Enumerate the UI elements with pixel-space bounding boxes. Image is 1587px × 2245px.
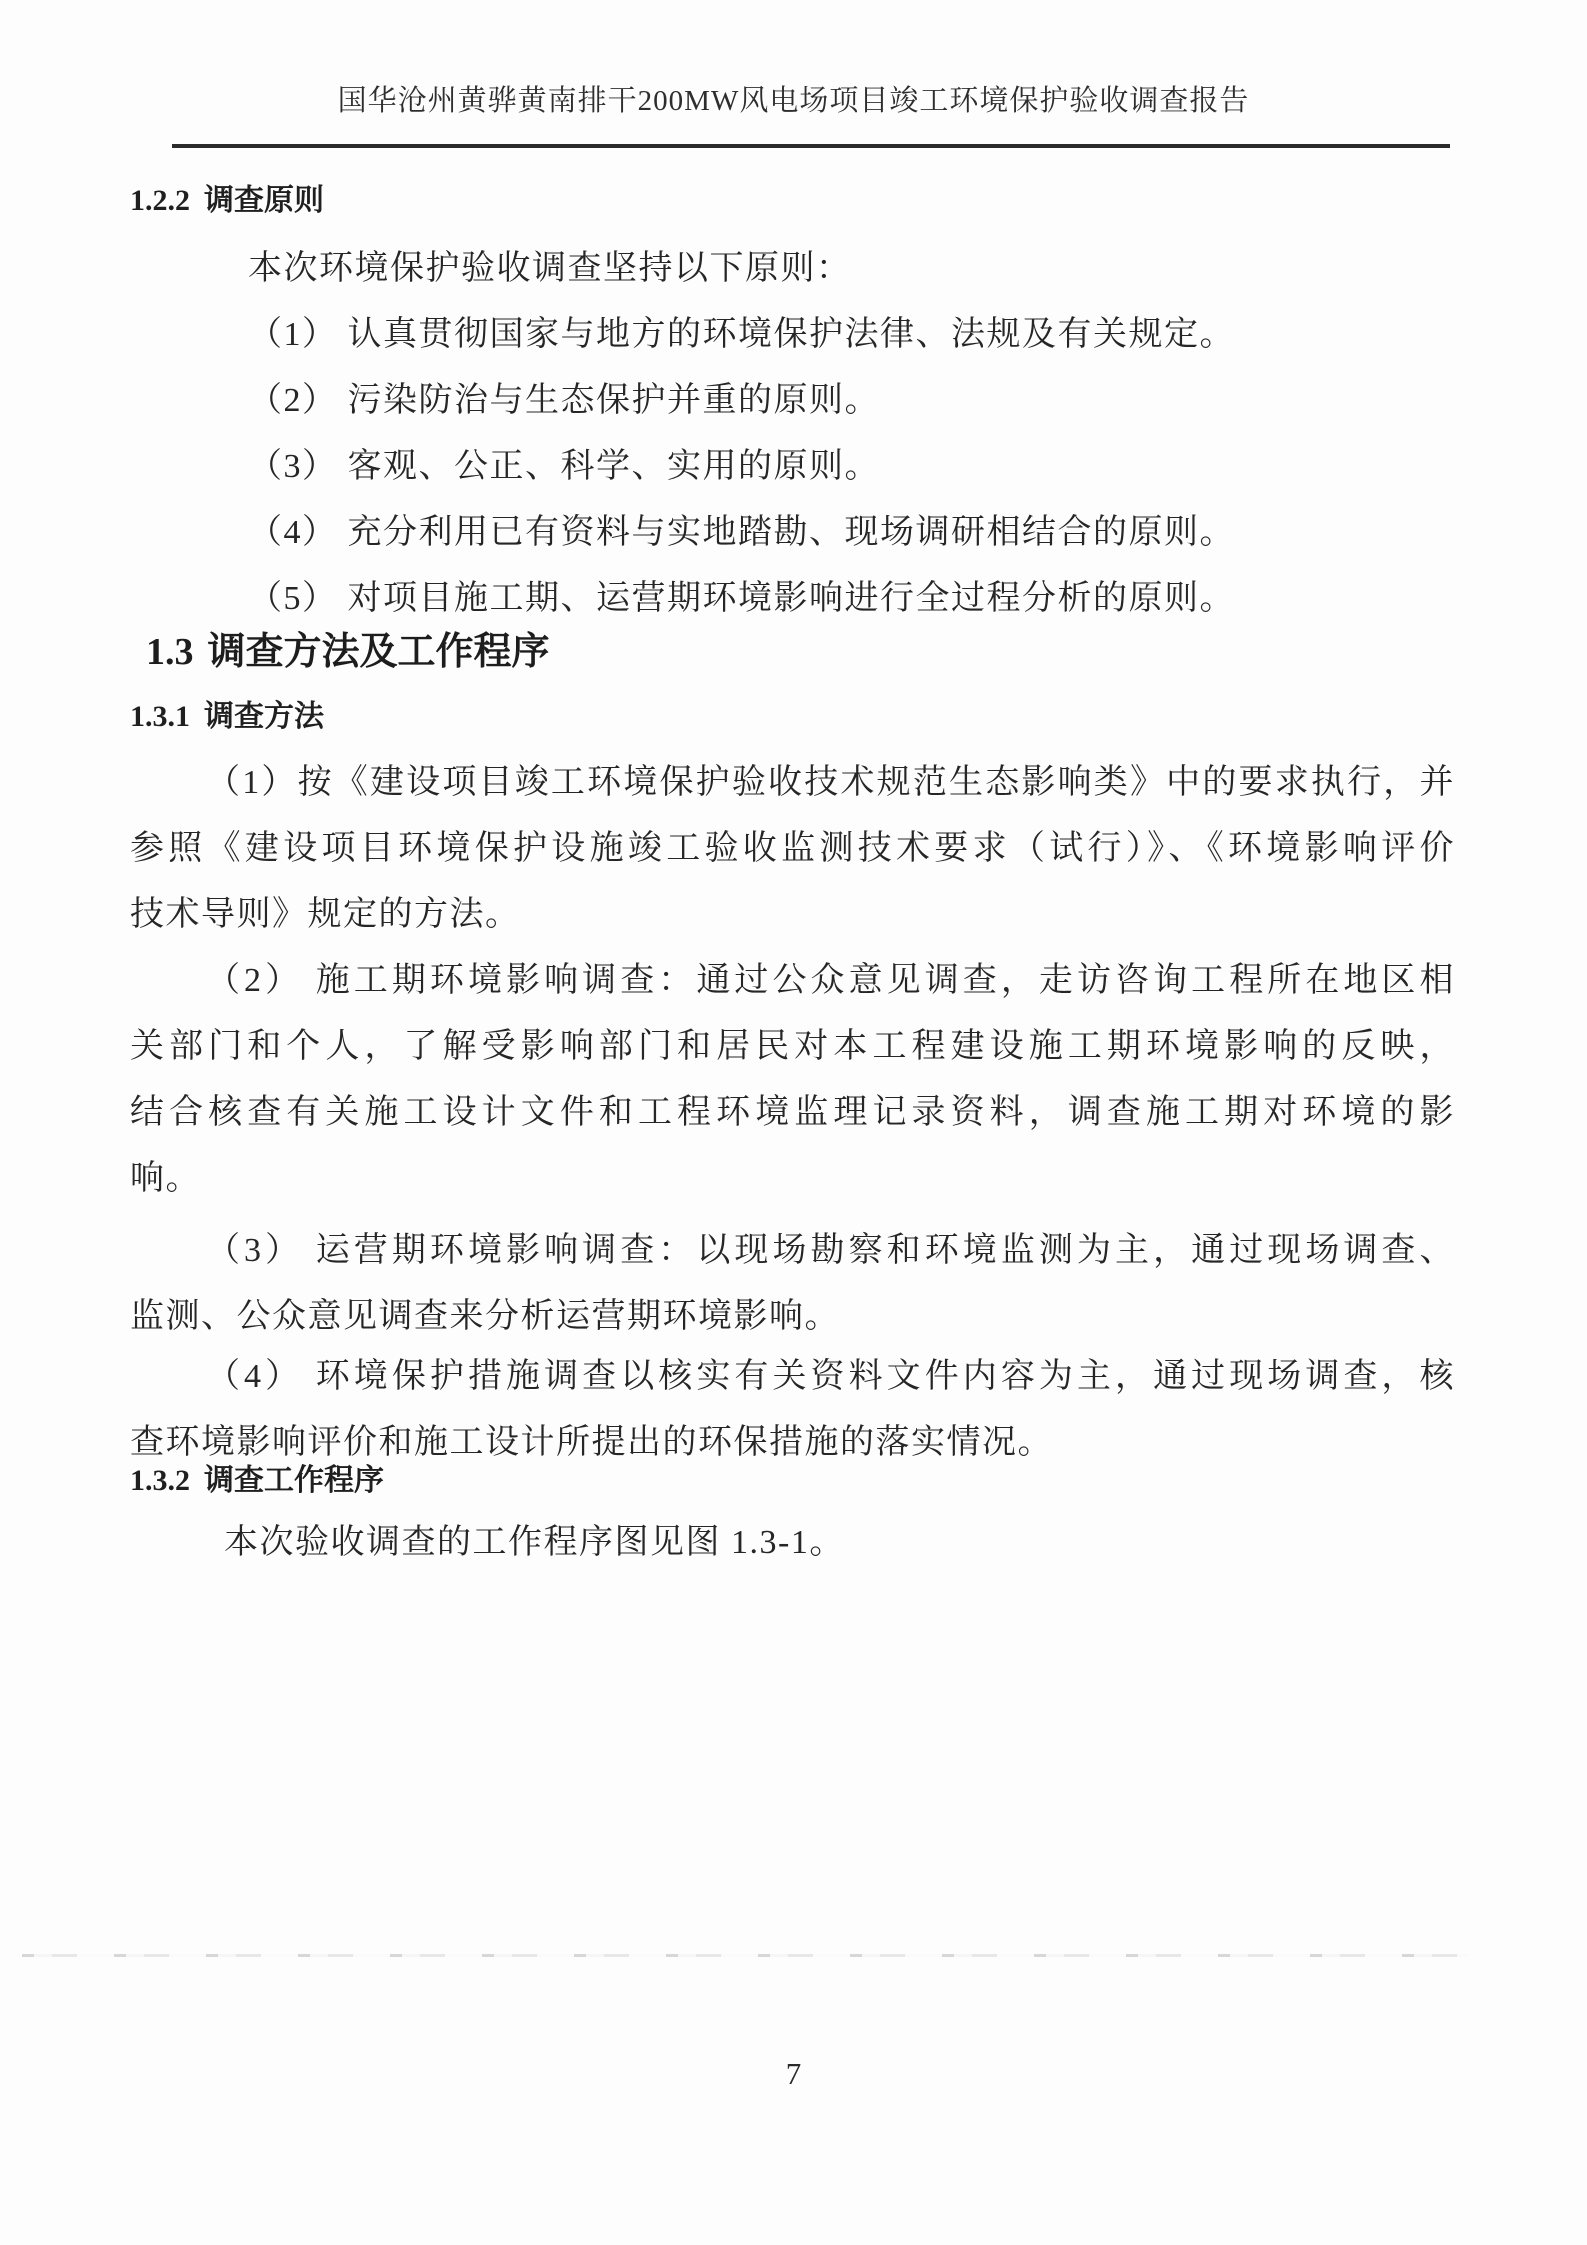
principle-item: （2） 污染防治与生态保护并重的原则。 xyxy=(130,368,1455,434)
section-number: 1.3.2 xyxy=(130,1464,190,1497)
paragraph-line: 关部门和个人，了解受影响部门和居民对本工程建设施工期环境影响的反映， xyxy=(130,1014,1455,1080)
principle-item: （3） 客观、公正、科学、实用的原则。 xyxy=(130,434,1455,500)
method-paragraph-1: （1）按《建设项目竣工环境保护验收技术规范生态影响类》中的要求执行，并 参照《建… xyxy=(130,750,1455,948)
method-paragraph-3: （3） 运营期环境影响调查：以现场勘察和环境监测为主，通过现场调查、 监测、公众… xyxy=(130,1218,1455,1350)
section-heading-1-3-1: 1.3.1调查方法 xyxy=(130,696,1455,738)
section-title: 调查方法 xyxy=(204,700,324,733)
page-number: 7 xyxy=(0,2056,1587,2092)
report-header-title: 国华沧州黄骅黄南排干200MW风电场项目竣工环境保护验收调查报告 xyxy=(0,0,1587,118)
paragraph-line: 监测、公众意见调查来分析运营期环境影响。 xyxy=(130,1284,1455,1350)
paragraph-line: 参照《建设项目环境保护设施竣工验收监测技术要求（试行）》、《环境影响评价 xyxy=(130,816,1455,882)
section-number: 1.3 xyxy=(146,631,194,673)
section-title: 调查方法及工作程序 xyxy=(208,631,550,673)
scan-artifact-line xyxy=(22,1954,1470,1957)
principle-item: （5） 对项目施工期、运营期环境影响进行全过程分析的原则。 xyxy=(130,566,1455,632)
section-title: 调查工作程序 xyxy=(204,1464,384,1497)
document-page: 国华沧州黄骅黄南排干200MW风电场项目竣工环境保护验收调查报告 1.2.2调查… xyxy=(0,0,1587,2245)
section-number: 1.2.2 xyxy=(130,184,190,217)
paragraph-line: 技术导则》规定的方法。 xyxy=(130,882,1455,948)
method-paragraph-2: （2） 施工期环境影响调查：通过公众意见调查，走访咨询工程所在地区相 关部门和个… xyxy=(130,948,1455,1212)
principle-item: （4） 充分利用已有资料与实地踏勘、现场调研相结合的原则。 xyxy=(130,500,1455,566)
paragraph-line: （1）按《建设项目竣工环境保护验收技术规范生态影响类》中的要求执行，并 xyxy=(130,750,1455,816)
work-procedure-paragraph: 本次验收调查的工作程序图见图 1.3-1。 xyxy=(130,1510,1455,1576)
section-heading-1-3: 1.3调查方法及工作程序 xyxy=(146,628,1455,676)
paragraph-line: 本次验收调查的工作程序图见图 1.3-1。 xyxy=(130,1510,1455,1576)
section-title: 调查原则 xyxy=(204,184,324,217)
paragraph-line: 响。 xyxy=(130,1146,1455,1212)
page-content: 1.2.2调查原则 本次环境保护验收调查坚持以下原则： （1） 认真贯彻国家与地… xyxy=(130,180,1455,1576)
paragraph-line: （2） 施工期环境影响调查：通过公众意见调查，走访咨询工程所在地区相 xyxy=(130,948,1455,1014)
principle-item: （1） 认真贯彻国家与地方的环境保护法律、法规及有关规定。 xyxy=(130,302,1455,368)
method-paragraph-4: （4） 环境保护措施调查以核实有关资料文件内容为主，通过现场调查，核 查环境影响… xyxy=(130,1344,1455,1476)
principles-group: 本次环境保护验收调查坚持以下原则： （1） 认真贯彻国家与地方的环境保护法律、法… xyxy=(130,236,1455,632)
paragraph-line: （4） 环境保护措施调查以核实有关资料文件内容为主，通过现场调查，核 xyxy=(130,1344,1455,1410)
paragraph-line: 结合核查有关施工设计文件和工程环境监理记录资料，调查施工期对环境的影 xyxy=(130,1080,1455,1146)
section-number: 1.3.1 xyxy=(130,700,190,733)
section-heading-1-2-2: 1.2.2调查原则 xyxy=(130,180,1455,222)
paragraph-line: （3） 运营期环境影响调查：以现场勘察和环境监测为主，通过现场调查、 xyxy=(130,1218,1455,1284)
principles-intro: 本次环境保护验收调查坚持以下原则： xyxy=(130,236,1455,302)
header-rule-divider xyxy=(172,144,1450,148)
